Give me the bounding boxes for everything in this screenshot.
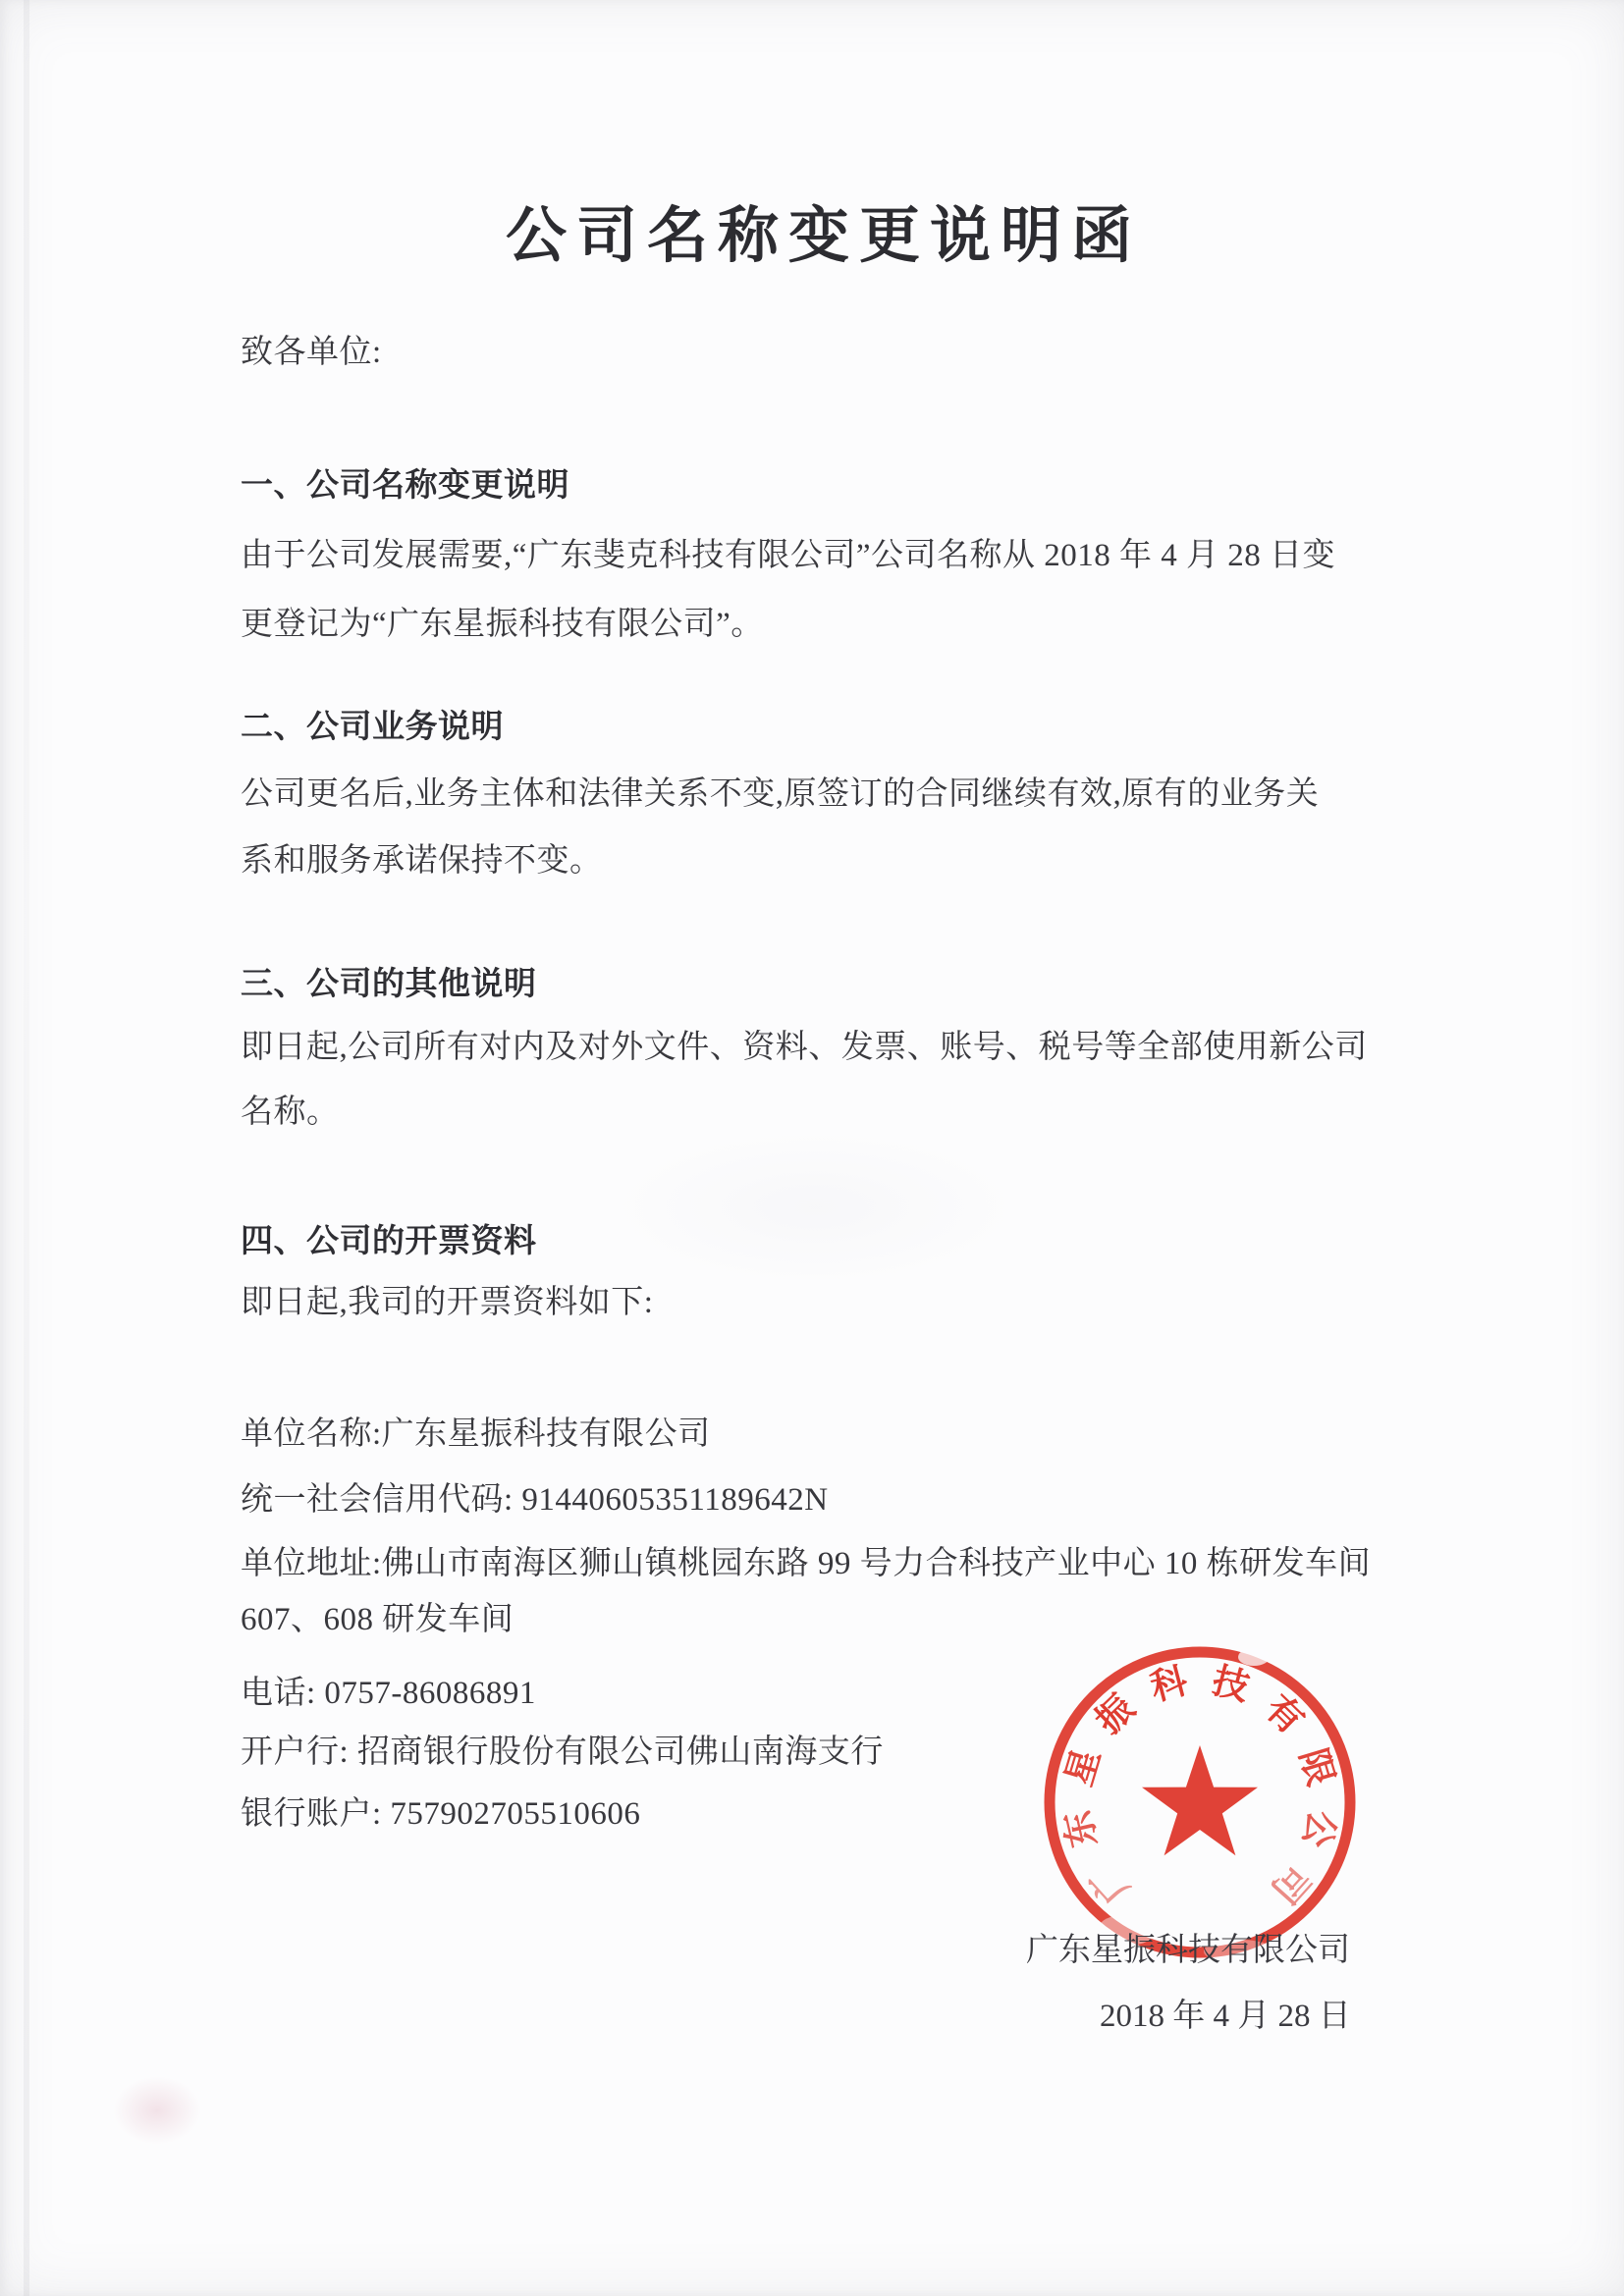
svg-text:东: 东 xyxy=(1056,1807,1105,1851)
invoice-bank-account: 银行账户: 757902705510606 xyxy=(241,1791,640,1837)
invoice-credit-code: 统一社会信用代码: 91440605351189642N xyxy=(241,1477,829,1522)
scan-smudge xyxy=(113,2076,201,2145)
svg-text:技: 技 xyxy=(1208,1660,1253,1709)
svg-text:星: 星 xyxy=(1058,1744,1109,1790)
section-3-line: 即日起,公司所有对内及对外文件、资料、发票、账号、税号等全部使用新公司 xyxy=(241,1025,1368,1070)
invoice-company-name: 单位名称:广东星振科技有限公司 xyxy=(241,1412,711,1457)
section-2-heading: 二、公司业务说明 xyxy=(241,705,504,750)
signature-date: 2018 年 4 月 28 日 xyxy=(1100,1990,1351,2036)
section-2-line: 公司更名后,业务主体和法律关系不变,原签订的合同继续有效,原有的业务关 xyxy=(241,772,1319,817)
company-seal-stamp: 广东星振科技有限公司 xyxy=(1033,1635,1367,1969)
scanned-letter-page: 公司名称变更说明函 致各单位: 一、公司名称变更说明 由于公司发展需要,“广东斐… xyxy=(0,0,1624,2296)
svg-text:公: 公 xyxy=(1294,1807,1341,1851)
scan-edge-streak xyxy=(24,0,29,2296)
svg-text:科: 科 xyxy=(1146,1660,1191,1709)
scan-crease xyxy=(609,1129,1021,1286)
invoice-address: 单位地址:佛山市南海区狮山镇桃园东路 99 号力合科技产业中心 10 栋研发车间 xyxy=(241,1541,1371,1586)
section-3-line: 名称。 xyxy=(241,1090,340,1135)
signature-company: 广东星振科技有限公司 xyxy=(1026,1924,1350,1970)
invoice-phone: 电话: 0757-86086891 xyxy=(241,1671,536,1716)
section-4-heading: 四、公司的开票资料 xyxy=(241,1219,537,1264)
stamp-ink-gap xyxy=(1238,1648,1270,1666)
section-1-line: 更登记为“广东星振科技有限公司”。 xyxy=(241,602,764,647)
svg-text:限: 限 xyxy=(1291,1744,1341,1790)
salutation: 致各单位: xyxy=(241,330,382,375)
section-4-line: 即日起,我司的开票资料如下: xyxy=(241,1280,653,1325)
section-2-line: 系和服务承诺保持不变。 xyxy=(241,838,603,883)
invoice-bank: 开户行: 招商银行股份有限公司佛山南海支行 xyxy=(241,1730,884,1775)
section-1-line: 由于公司发展需要,“广东斐克科技有限公司”公司名称从 2018 年 4 月 28… xyxy=(241,533,1335,578)
section-1-heading: 一、公司名称变更说明 xyxy=(241,463,569,508)
document-title: 公司名称变更说明函 xyxy=(506,187,1142,274)
section-3-heading: 三、公司的其他说明 xyxy=(241,962,537,1007)
stamp-star-icon xyxy=(1142,1745,1258,1855)
invoice-address-cont: 607、608 研发车间 xyxy=(241,1597,514,1642)
